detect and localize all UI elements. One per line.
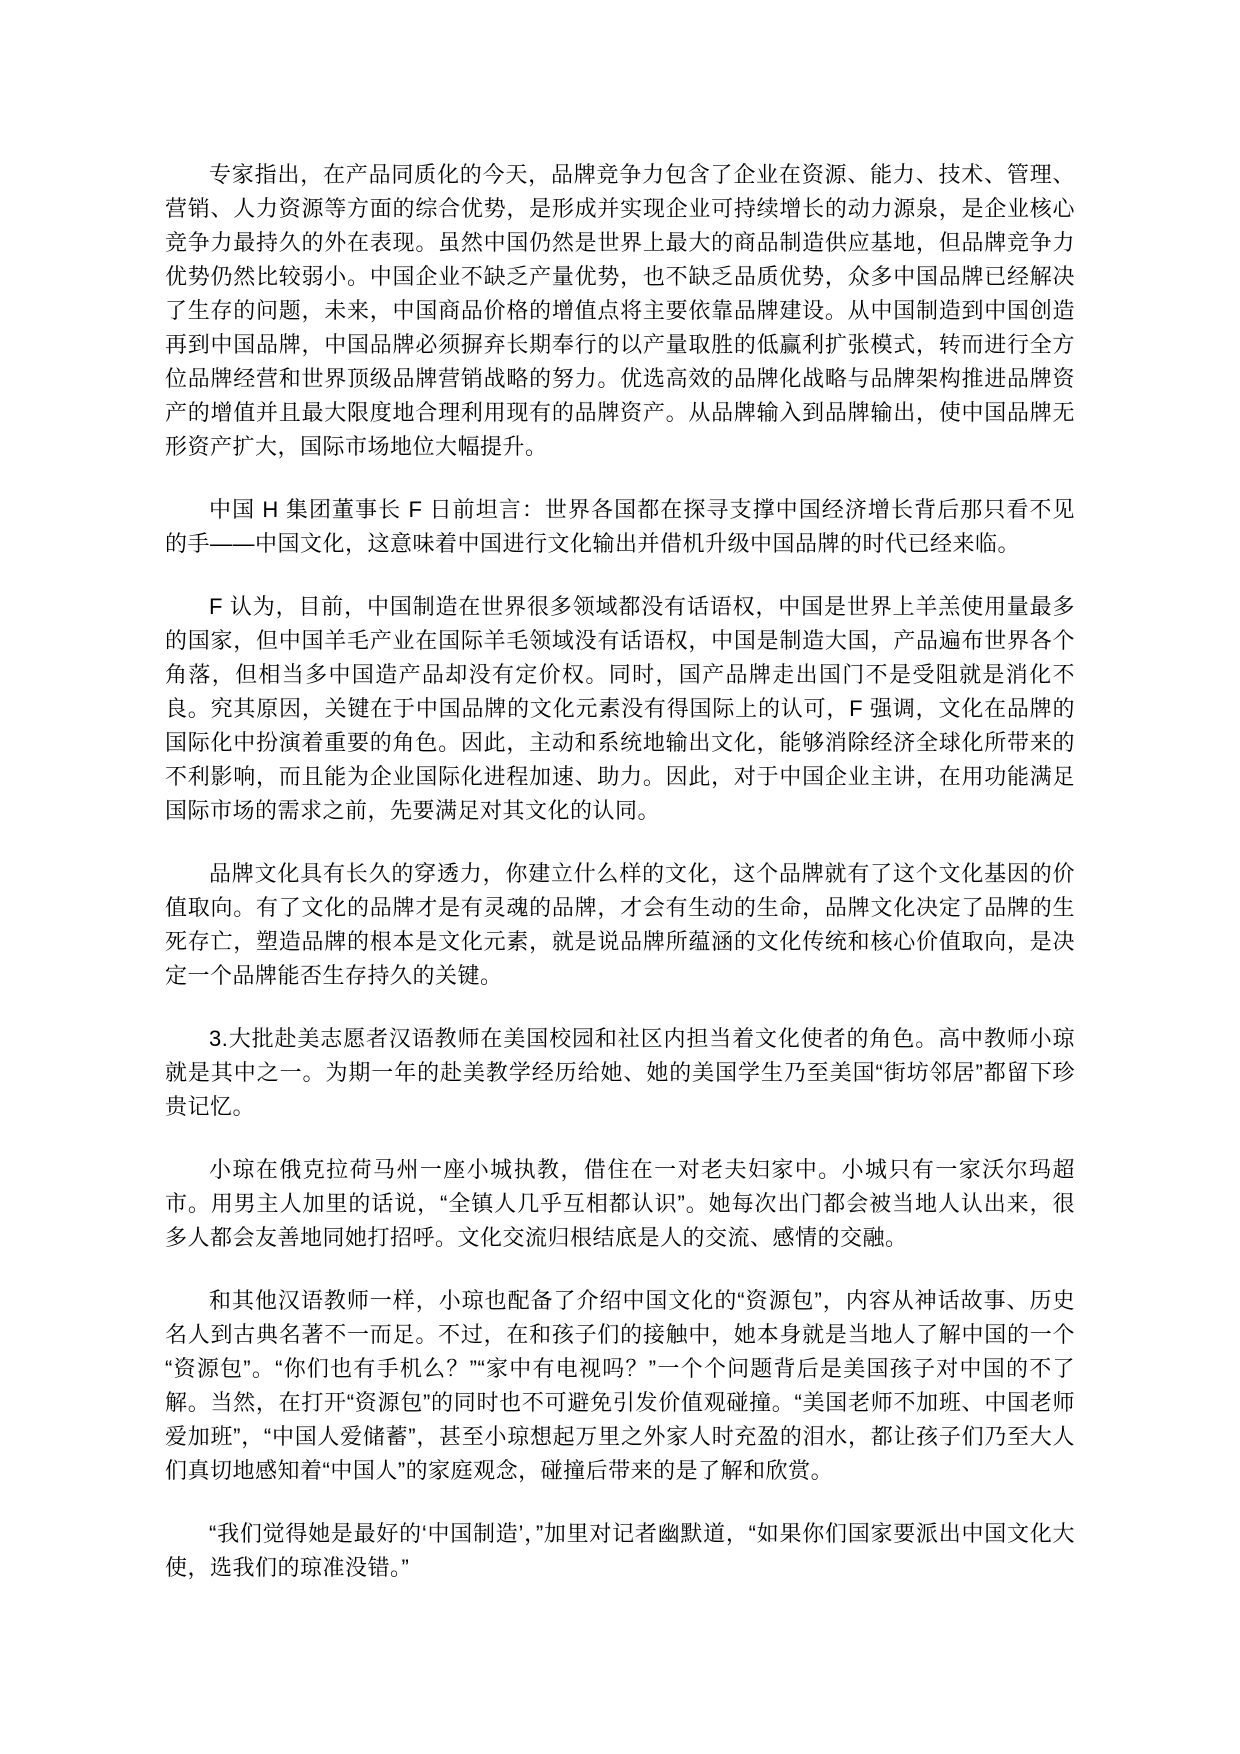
document-text-body: 专家指出，在产品同质化的今天，品牌竞争力包含了企业在资源、能力、技术、管理、营销…: [165, 158, 1075, 1585]
paragraph-xiaoqiong-oklahoma: 小琼在俄克拉荷马州一座小城执教，借住在一对老夫妇家中。小城只有一家沃尔玛超市。用…: [165, 1153, 1075, 1255]
paragraph-brand-competitiveness: 专家指出，在产品同质化的今天，品牌竞争力包含了企业在资源、能力、技术、管理、营销…: [165, 158, 1075, 464]
paragraph-chairman-statement: 中国 H 集团董事长 F 日前坦言：世界各国都在探寻支撑中国经济增长背后那只看不…: [165, 493, 1075, 561]
paragraph-brand-culture: 品牌文化具有长久的穿透力，你建立什么样的文化，这个品牌就有了这个文化基因的价值取…: [165, 857, 1075, 993]
document-page: 专家指出，在产品同质化的今天，品牌竞争力包含了企业在资源、能力、技术、管理、营销…: [0, 0, 1240, 1754]
paragraph-item-3-intro: 3.大批赴美志愿者汉语教师在美国校园和社区内担当着文化使者的角色。高中教师小琼就…: [165, 1022, 1075, 1124]
paragraph-closing-quote: “我们觉得她是最好的‘中国制造’，”加里对记者幽默道，“如果你们国家要派出中国文…: [165, 1517, 1075, 1585]
paragraph-f-opinion: F 认为，目前，中国制造在世界很多领域都没有话语权，中国是世界上羊羔使用量最多的…: [165, 590, 1075, 828]
paragraph-resource-package: 和其他汉语教师一样，小琼也配备了介绍中国文化的“资源包”，内容从神话故事、历史名…: [165, 1284, 1075, 1488]
